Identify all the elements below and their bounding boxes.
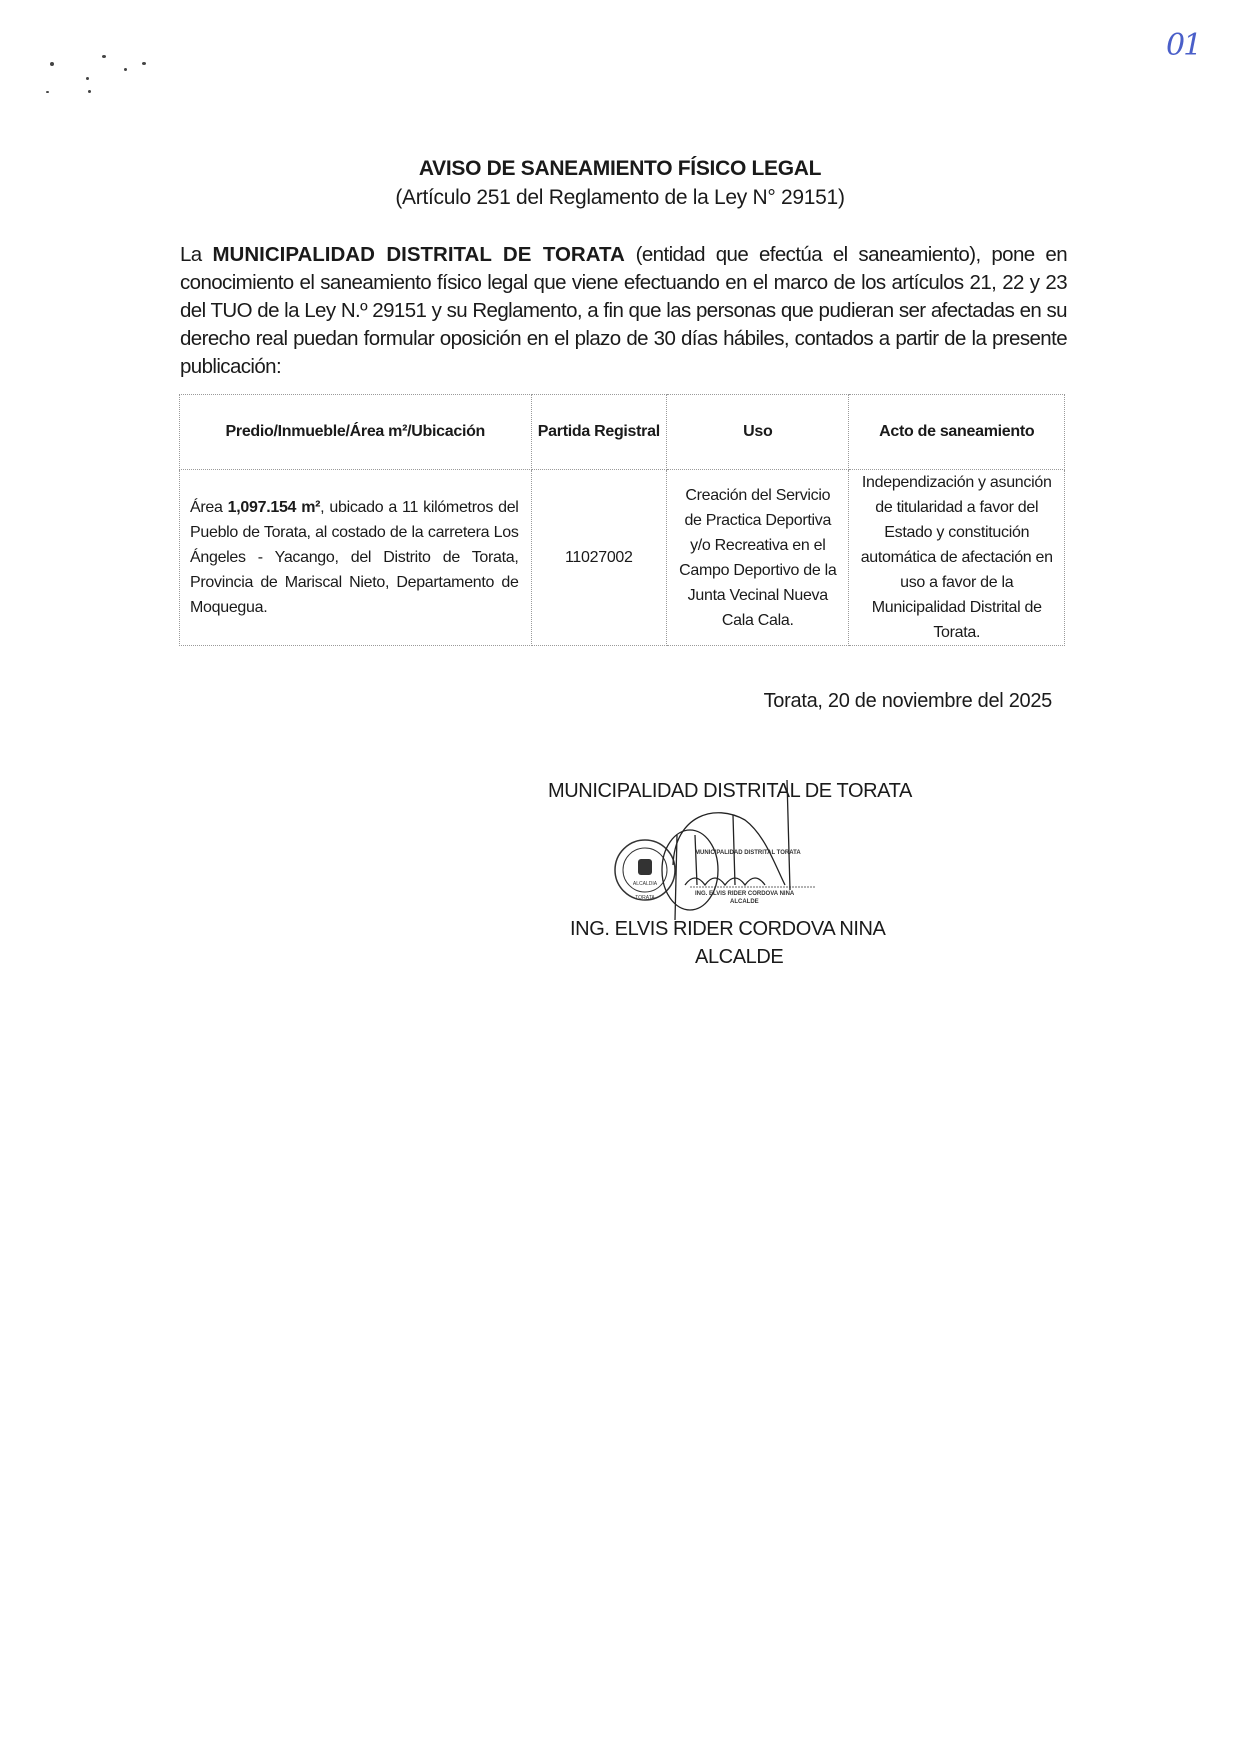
predio-prefix: Área: [190, 499, 228, 516]
signer-name: ING. ELVIS RIDER CORDOVA NINA: [570, 918, 886, 941]
notice-title: AVISO DE SANEAMIENTO FÍSICO LEGAL: [0, 157, 1240, 181]
intro-paragraph: La MUNICIPALIDAD DISTRITAL DE TORATA (en…: [180, 241, 1067, 381]
svg-text:TORATA: TORATA: [635, 895, 655, 901]
notice-subtitle: (Artículo 251 del Reglamento de la Ley N…: [0, 186, 1240, 210]
intro-entity: MUNICIPALIDAD DISTRITAL DE TORATA: [212, 243, 624, 266]
signer-role: ALCALDE: [695, 946, 783, 969]
table-row: Área 1,097.154 m², ubicado a 11 kilómetr…: [180, 470, 1065, 646]
cell-predio: Área 1,097.154 m², ubicado a 11 kilómetr…: [180, 470, 532, 646]
svg-text:ALCALDIA: ALCALDIA: [633, 881, 658, 887]
svg-text:ALCALDE: ALCALDE: [730, 899, 759, 905]
predio-area: 1,097.154 m²: [228, 499, 321, 516]
cell-uso: Creación del Servicio de Practica Deport…: [667, 470, 849, 646]
sanitation-table: Predio/Inmueble/Área m²/Ubicación Partid…: [179, 394, 1065, 646]
svg-text:ING. ELVIS RIDER CORDOVA NINA: ING. ELVIS RIDER CORDOVA NINA: [695, 891, 795, 897]
scan-specks: [40, 50, 160, 100]
seal-and-signature: ALCALDIA TORATA MUNICIPALIDAD DISTRITAL …: [615, 775, 815, 925]
intro-prefix: La: [180, 243, 212, 266]
header-acto: Acto de saneamiento: [849, 395, 1065, 470]
cell-partida: 11027002: [531, 470, 667, 646]
cell-acto: Independización y asunción de titularida…: [849, 470, 1065, 646]
header-predio: Predio/Inmueble/Área m²/Ubicación: [180, 395, 532, 470]
svg-text:MUNICIPALIDAD DISTRITAL TORATA: MUNICIPALIDAD DISTRITAL TORATA: [695, 850, 801, 856]
signature-stamp: MUNICIPALIDAD DISTRITAL TORATA ING. ELVI…: [690, 850, 815, 905]
header-uso: Uso: [667, 395, 849, 470]
date-line: Torata, 20 de noviembre del 2025: [764, 690, 1052, 713]
predio-location: , ubicado a 11 kilómetros del Pueblo de …: [190, 499, 519, 616]
table-header-row: Predio/Inmueble/Área m²/Ubicación Partid…: [180, 395, 1065, 470]
handwritten-page-number: 01: [1166, 28, 1200, 63]
header-partida: Partida Registral: [531, 395, 667, 470]
